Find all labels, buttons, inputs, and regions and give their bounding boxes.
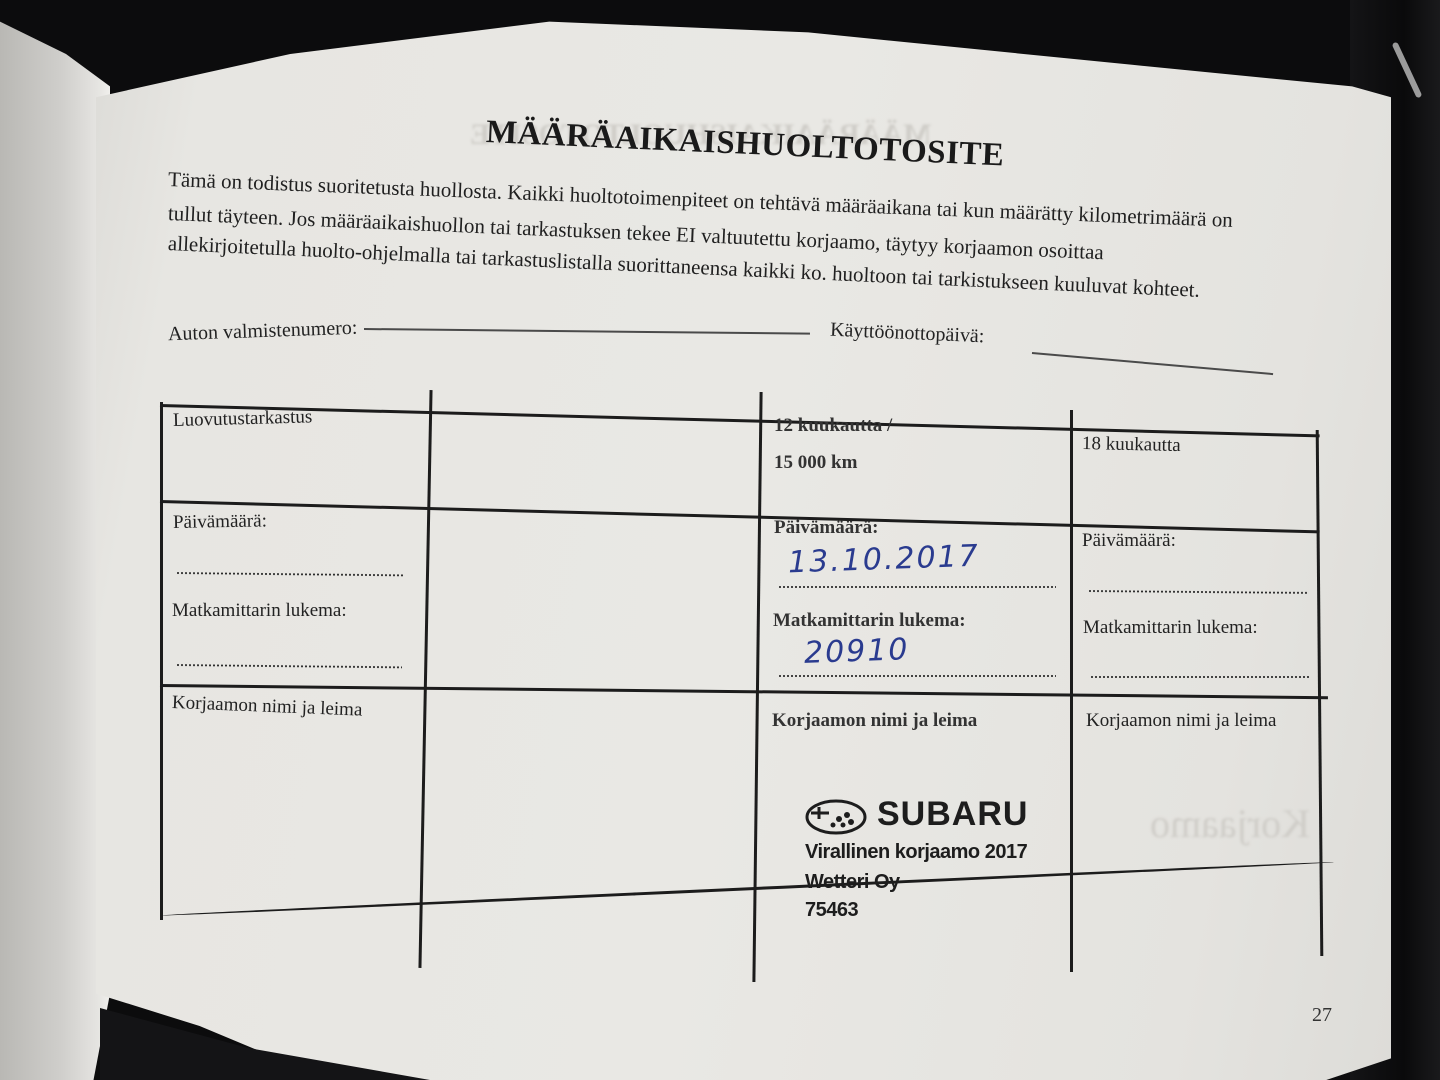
col1-header: Luovutustarkastus bbox=[173, 406, 313, 432]
stamp-line-workshop: Virallinen korjaamo 2017 bbox=[805, 841, 1027, 864]
vehicle-fields: Auton valmistenumero: Käyttöönottopäivä: bbox=[168, 310, 1288, 380]
table-divider bbox=[752, 392, 762, 982]
col3-workshop-label: Korjaamon nimi ja leima bbox=[772, 710, 977, 732]
vin-field[interactable] bbox=[364, 328, 810, 335]
table-divider bbox=[160, 500, 1320, 533]
col4-odometer-field[interactable] bbox=[1090, 676, 1310, 678]
col4-header: 18 kuukautta bbox=[1082, 433, 1181, 457]
service-record-table bbox=[160, 388, 1335, 988]
table-divider bbox=[418, 390, 432, 968]
col3-header-distance: 15 000 km bbox=[774, 452, 857, 474]
stamp-line-company: Wetteri Oy bbox=[805, 871, 900, 894]
col1-odometer-label: Matkamittarin lukema: bbox=[172, 600, 347, 622]
table-border bbox=[1316, 430, 1324, 956]
stamp-line-number: 75463 bbox=[805, 899, 858, 922]
subaru-pleiades-logo-icon bbox=[805, 799, 867, 835]
table-border bbox=[160, 404, 1320, 437]
vin-label: Auton valmistenumero: bbox=[168, 317, 358, 347]
page-number: 27 bbox=[1312, 1004, 1332, 1027]
intro-paragraph: Tämä on todistus suoritetusta huollosta.… bbox=[168, 168, 1328, 258]
first-use-date-label: Käyttöönottopäivä: bbox=[830, 319, 985, 349]
col4-workshop-label: Korjaamon nimi ja leima bbox=[1086, 710, 1276, 732]
stamp-brand: SUBARU bbox=[877, 795, 1028, 834]
table-border bbox=[160, 861, 1334, 917]
col3-odometer-field[interactable] bbox=[778, 675, 1056, 677]
col3-odometer-value[interactable]: 20910 bbox=[803, 632, 910, 671]
col3-date-label: Päivämäärä: bbox=[774, 517, 878, 539]
table-border bbox=[160, 402, 163, 920]
col3-date-field[interactable] bbox=[778, 586, 1056, 588]
table-divider bbox=[160, 684, 1328, 699]
col4-date-label: Päivämäärä: bbox=[1082, 530, 1176, 552]
first-use-date-field[interactable] bbox=[1032, 352, 1273, 375]
col3-odometer-label: Matkamittarin lukema: bbox=[773, 610, 966, 632]
table-divider bbox=[1070, 410, 1073, 972]
col3-header-interval: 12 kuukautta / bbox=[774, 415, 892, 437]
previous-page-edge bbox=[0, 0, 110, 1080]
col1-date-label: Päivämäärä: bbox=[173, 510, 267, 534]
col3-date-value[interactable]: 13.10.2017 bbox=[787, 539, 980, 581]
col4-odometer-label: Matkamittarin lukema: bbox=[1083, 617, 1258, 639]
